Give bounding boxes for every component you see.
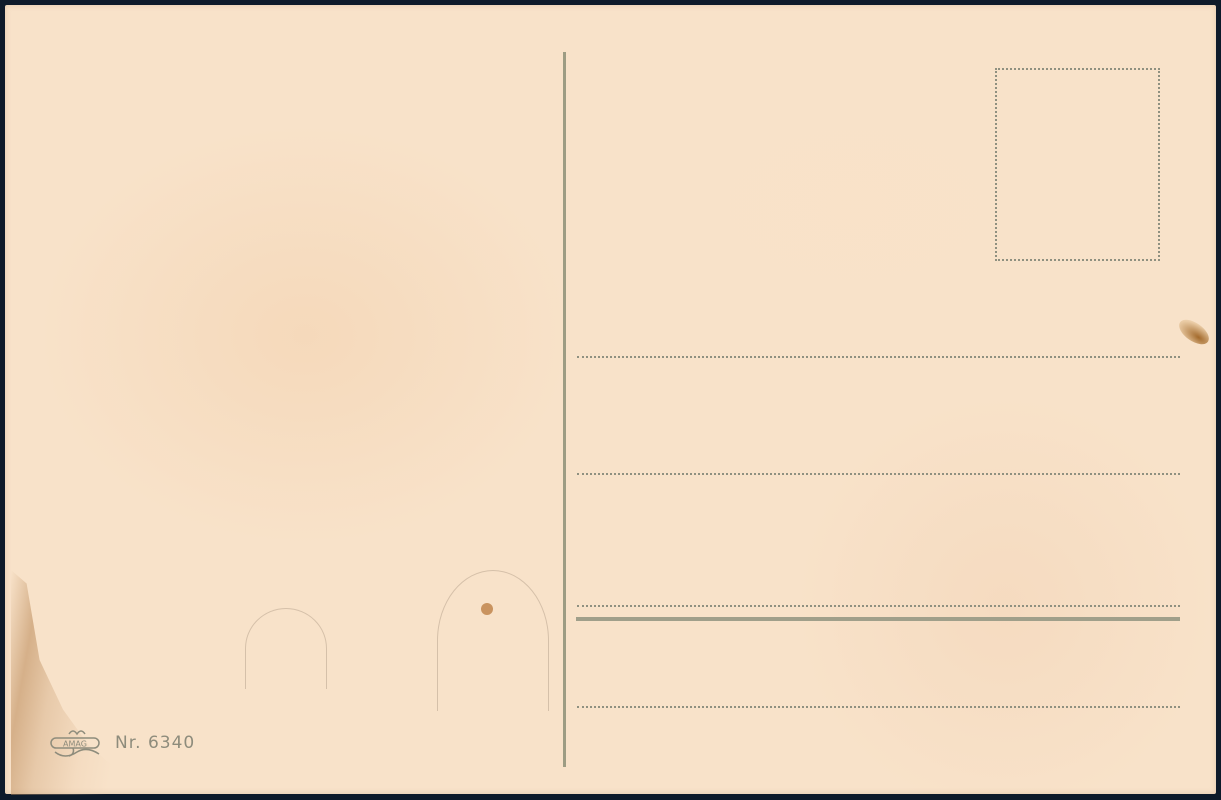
address-line [577,473,1180,475]
postcard-back: AMAG Nr. 6340 [5,5,1216,794]
publisher-mark: AMAG Nr. 6340 [45,725,195,761]
paper-crease [245,608,327,689]
svg-text:AMAG: AMAG [63,740,87,749]
publisher-monogram-icon: AMAG [45,726,109,760]
paper-crease [437,570,549,711]
address-line [577,706,1180,708]
foxing-spot [1175,315,1213,349]
address-underline [576,617,1180,621]
address-line [577,356,1180,358]
address-line [577,605,1180,607]
stamp-box [995,68,1160,261]
water-stain [11,570,141,795]
catalog-number: Nr. 6340 [115,733,195,753]
message-address-divider [563,52,566,767]
